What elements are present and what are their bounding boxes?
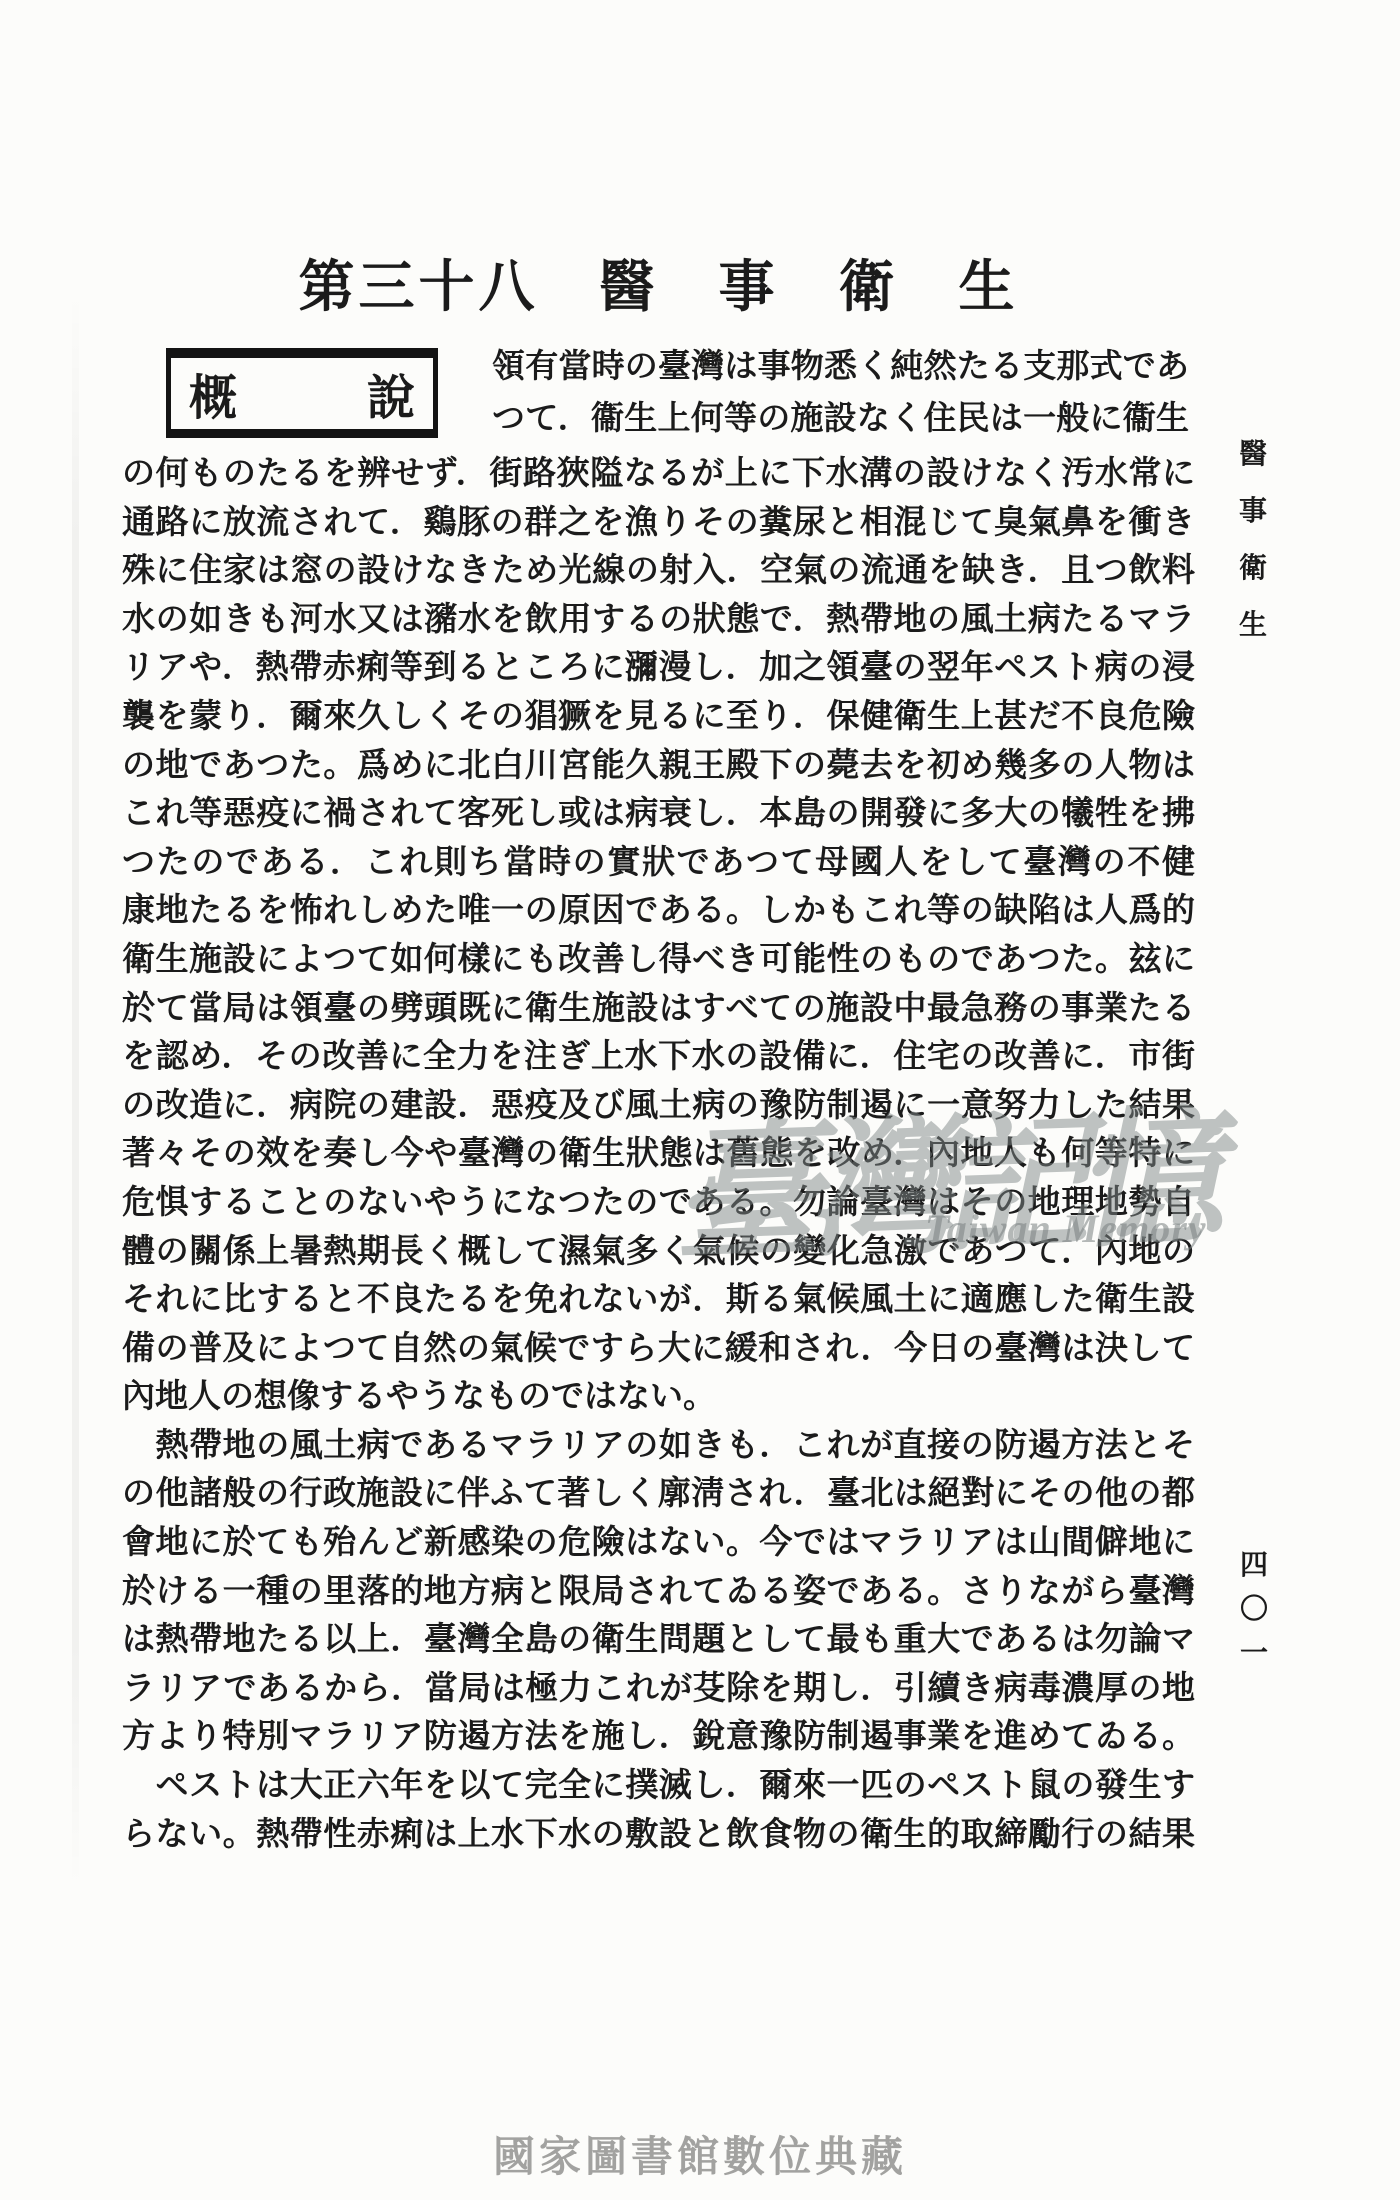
body-line: 水の如きも河水又は瀦水を飲用するの狀態で．熱帶地の風土病たるマラ (122, 596, 1195, 645)
body-line: これ等惡疫に禍されて客死し或は病衰し．本島の開發に多大の犧牲を拂 (122, 790, 1195, 839)
body-line: 熱帶地の風土病であるマラリアの如きも．これが直接の防遏方法とそ (122, 1422, 1195, 1471)
body-line: らない。熱帶性赤痢は上水下水の敷設と飲食物の衛生的取締勵行の結果 (122, 1811, 1195, 1860)
body-line: 著々その效を奏し今や臺灣の衛生狀態は舊態を改め．內地人も何等特に (122, 1130, 1195, 1179)
body-line: それに比すると不良たるを免れないが．斯る氣候風土に適應した衛生設 (122, 1276, 1195, 1325)
section-heading-char-left: 概 (189, 359, 237, 428)
body-line: 殊に住家は窓の設けなきため光線の射入．空氣の流通を缺き．且つ飲料 (122, 547, 1195, 596)
body-line: 危惧することのないやうになつたのである。勿論臺灣はその地理地勢自 (122, 1179, 1195, 1228)
scan-shadow-artifact (72, 290, 79, 1890)
body-line: 衛生施設によつて如何樣にも改善し得べき可能性のものであつた。玆に (122, 936, 1195, 985)
page-number-char: 〇 (1240, 1587, 1268, 1627)
intro-line: つて．衞生上何等の施設なく住民は一般に衞生 (492, 393, 1189, 445)
body-line: の他諸般の行政施設に伴ふて著しく廓淸され．臺北は絕對にその他の都 (122, 1470, 1195, 1519)
page-number-char: 四 (1240, 1543, 1268, 1583)
body-line: 會地に於ても殆んど新感染の危險はない。今ではマラリアは山間僻地に (122, 1519, 1195, 1568)
section-heading-box: 概 說 (166, 348, 438, 438)
intro-paragraph: 領有當時の臺灣は事物悉く純然たる支那式であ つて．衞生上何等の施設なく住民は一般… (492, 341, 1189, 445)
body-line: の改造に．病院の建設．惡疫及び風土病の豫防制遏に一意努力した結果 (122, 1082, 1195, 1131)
page-number-char: 一 (1240, 1631, 1268, 1671)
intro-line: 領有當時の臺灣は事物悉く純然たる支那式であ (492, 341, 1189, 393)
body-line: は熱帶地たる以上．臺灣全島の衛生問題として最も重大であるは勿論マ (122, 1616, 1195, 1665)
body-line: 體の關係上暑熱期長く概して濕氣多く氣候の變化急激であつて．內地の (122, 1228, 1195, 1277)
body-line: 襲を蒙り．爾來久しくその猖獗を見るに至り．保健衛生上甚だ不良危險 (122, 693, 1195, 742)
body-line: 備の普及によつて自然の氣候ですら大に緩和され．今日の臺灣は決して (122, 1325, 1195, 1374)
body-line: ペストは大正六年を以て完全に撲滅し．爾來一匹のペスト鼠の發生す (122, 1762, 1195, 1811)
body-line: ラリアであるから．當局は極力これが芟除を期し．引續き病毒濃厚の地 (122, 1665, 1195, 1714)
body-line: 方より特別マラリア防遏方法を施し．銳意豫防制遏事業を進めてゐる。 (122, 1713, 1195, 1762)
margin-head-char: 事 (1239, 489, 1267, 529)
scanned-book-page: 第三十八 醫 事 衛 生 概 說 領有當時の臺灣は事物悉く純然たる支那式であ つ… (0, 0, 1400, 2200)
body-line: つたのである．これ則ち當時の實狀であつて母國人をして臺灣の不健 (122, 839, 1195, 888)
body-line: 內地人の想像するやうなものではない。 (122, 1373, 1195, 1422)
section-heading-char-right: 說 (367, 359, 415, 428)
margin-head-char: 衛 (1239, 546, 1267, 586)
margin-running-head: 醫 事 衛 生 (1236, 432, 1270, 643)
body-line: 於ける一種の里落的地方病と限局されてゐる姿である。さりながら臺灣 (122, 1568, 1195, 1617)
body-line: の何ものたるを辨せず．街路狹隘なるが上に下水溝の設けなく汚水常に (122, 450, 1195, 499)
body-line: の地であつた。爲めに北白川宮能久親王殿下の薨去を初め幾多の人物は (122, 742, 1195, 791)
margin-head-char: 醫 (1239, 432, 1267, 472)
body-line: リアや．熱帶赤痢等到るところに瀰漫し．加之領臺の翌年ペスト病の浸 (122, 644, 1195, 693)
margin-head-char: 生 (1239, 603, 1267, 643)
body-line: 於て當局は領臺の劈頭既に衛生施設はすべての施設中最急務の事業たる (122, 985, 1195, 1034)
library-footer-watermark: 國家圖書館數位典藏 (420, 2124, 980, 2184)
body-text: の何ものたるを辨せず．街路狹隘なるが上に下水溝の設けなく汚水常に 通路に放流され… (122, 450, 1195, 1859)
page-title: 第三十八 醫 事 衛 生 (122, 246, 1195, 330)
body-line: 通路に放流されて．鷄豚の群之を漁りその糞尿と相混じて臭氣鼻を衝き (122, 499, 1195, 548)
body-line: を認め．その改善に全力を注ぎ上水下水の設備に．住宅の改善に．市街 (122, 1033, 1195, 1082)
margin-page-number: 四 〇 一 (1238, 1543, 1270, 1671)
body-line: 康地たるを怖れしめた唯一の原因である。しかもこれ等の缺陷は人爲的 (122, 887, 1195, 936)
